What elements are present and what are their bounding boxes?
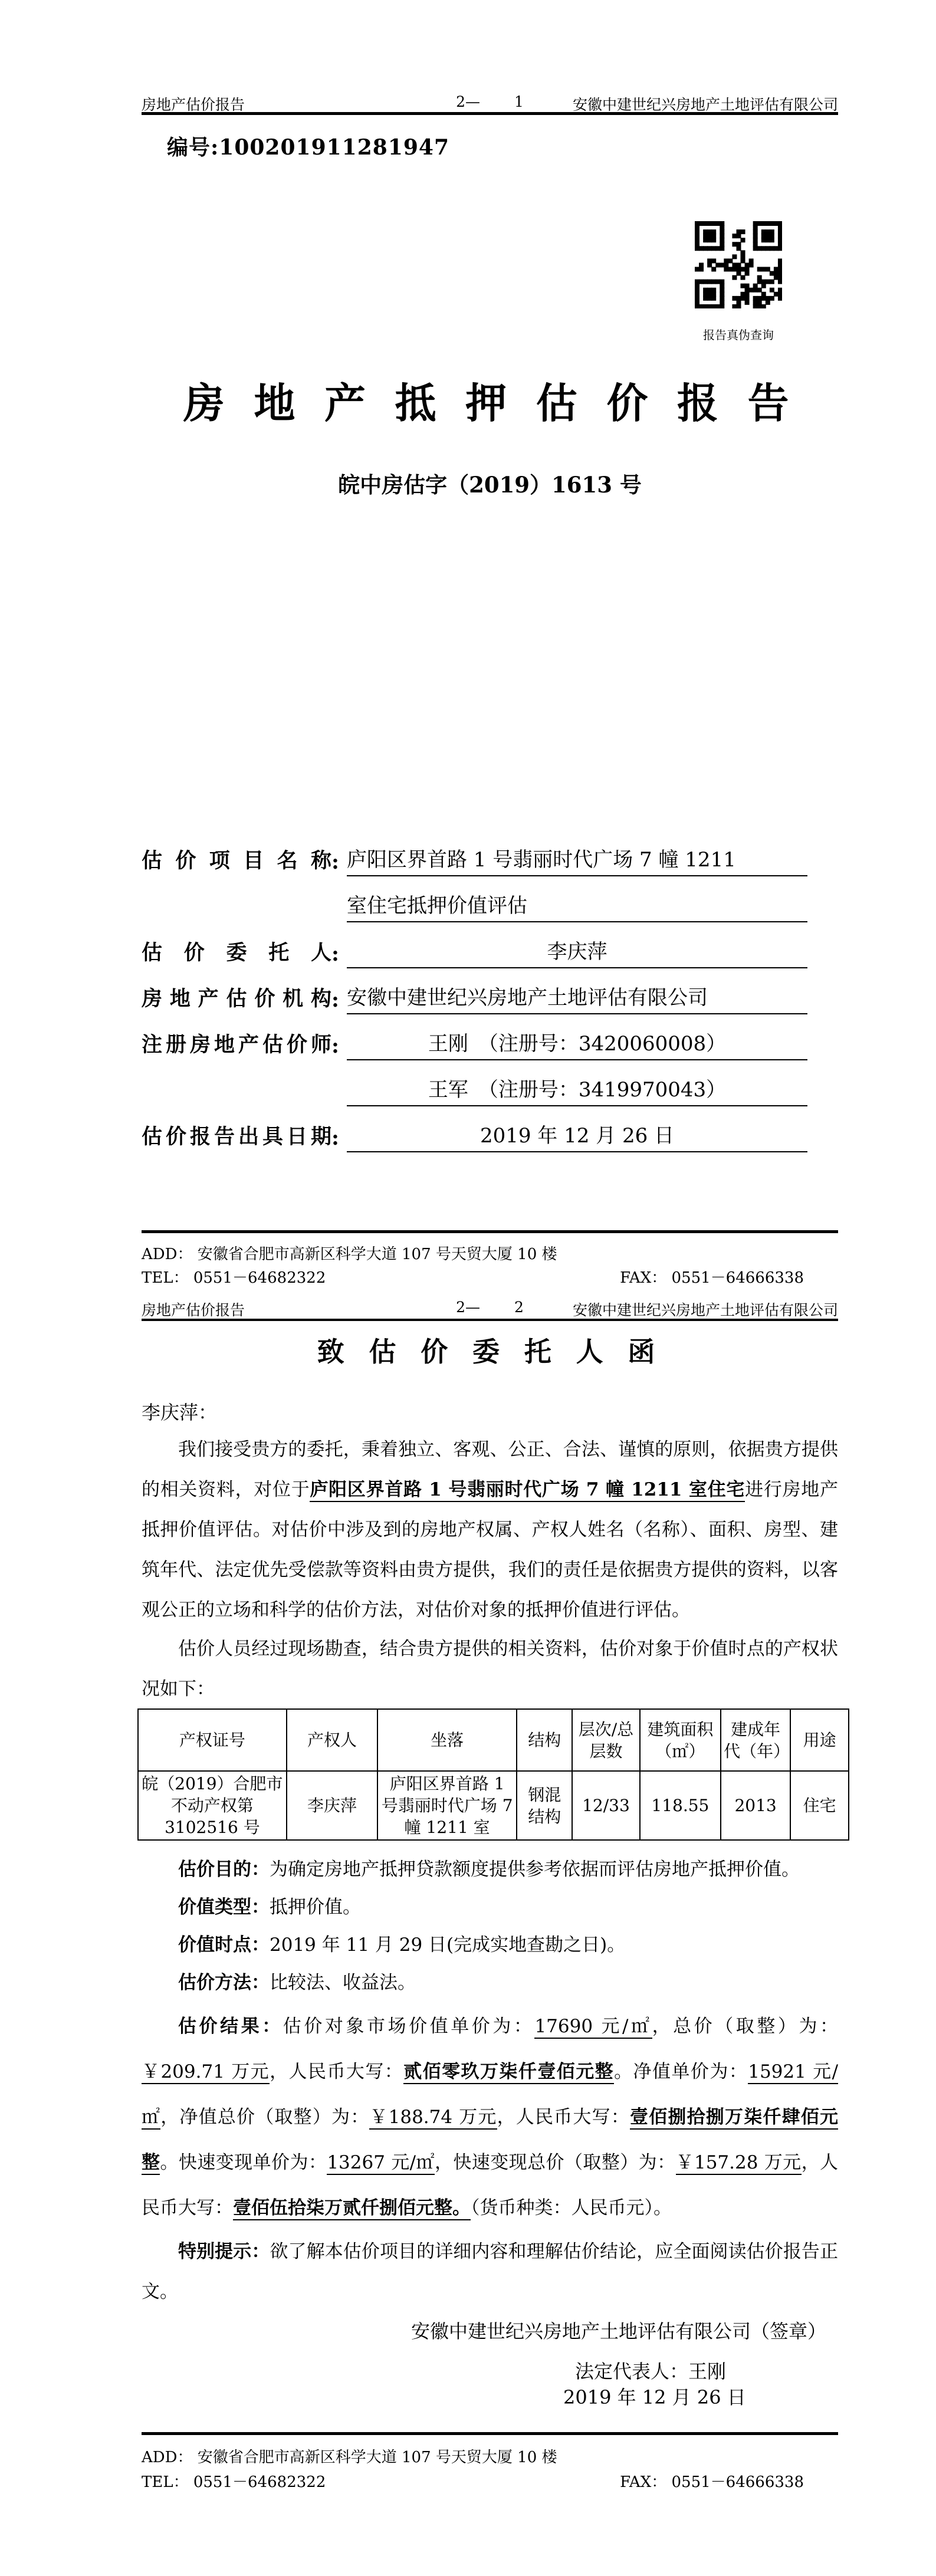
letter-paragraph-2: 估价人员经过现场勘查，结合贵方提供的相关资料，估价对象于价值时点的产权状况如下： [142, 1629, 838, 1709]
item-value-type: 价值类型：抵押价值。 [142, 1886, 838, 1924]
appraisal-subject-emphasis: 庐阳区界首路 1 号翡丽时代广场 7 幢 1211 室住宅 [310, 1479, 745, 1502]
doc-ref-number: 皖中房估字（2019）1613 号 [142, 467, 838, 499]
table-cell-location: 庐阳区界首路 1 号翡丽时代广场 7 幢 1211 室 [377, 1771, 517, 1840]
result-segment: 13267 元/㎡ [327, 2152, 435, 2175]
form-row-agency: 房地产估价机构 : 安徽中建世纪兴房地产土地评估有限公司 [142, 968, 838, 1014]
table-data-row: 皖（2019）合肥市不动产权第 3102516 号 李庆萍 庐阳区界首路 1 号… [138, 1771, 849, 1840]
page1-running-header: 房地产估价报告 2— 1 安徽中建世纪兴房地产土地评估有限公司 [142, 93, 838, 114]
header-page-number: 2 [514, 1299, 524, 1316]
footer-tel: TEL： 0551－64682322 [142, 1266, 326, 1287]
item-label: 估价方法： [178, 1972, 270, 1993]
form-row-client: 估价委托人 : 李庆萍 [142, 922, 838, 968]
form-row-appraiser-1: 注册房地产估价师 : 王刚 （注册号：3420060008） [142, 1014, 838, 1060]
footer-address: ADD： 安徽省合肥市高新区科学大道 107 号天贸大厦 10 楼 [142, 1242, 838, 1264]
form-colon: : [331, 988, 347, 1014]
table-cell-floor: 12/33 [572, 1771, 639, 1840]
notice-label: 特别提示： [178, 2241, 270, 2262]
qr-code [695, 221, 782, 308]
footer-rule [142, 2432, 838, 2435]
form-colon [331, 920, 347, 922]
result-segment: 。净值单价为： [614, 2061, 748, 2082]
item-method: 估价方法：比较法、收益法。 [142, 1961, 838, 1999]
header-doc-type: 房地产估价报告 [142, 1299, 245, 1320]
form-colon: : [331, 1034, 347, 1060]
table-cell-owner: 李庆萍 [287, 1771, 377, 1840]
result-segment: 估价对象市场价值单价为： [283, 2016, 535, 2037]
result-segment: ，快速变现总价（取整）为： [435, 2152, 676, 2173]
form-colon: : [331, 1126, 347, 1152]
table-header-cell: 产权人 [287, 1709, 377, 1771]
form-colon [331, 1104, 347, 1106]
header-page-number: 1 [514, 93, 524, 110]
letter-title: 致 估 价 委 托 人 函 [142, 1330, 838, 1369]
form-colon: : [331, 850, 347, 876]
form-value: 王军 （注册号：3419970043） [347, 1073, 807, 1106]
item-text: 比较法、收益法。 [270, 1972, 416, 1993]
form-row-project-name: 估价项目名称 : 庐阳区界首路 1 号翡丽时代广场 7 幢 1211 [142, 830, 838, 876]
form-value: 室住宅抵押价值评估 [347, 889, 807, 922]
header-company: 安徽中建世纪兴房地产土地评估有限公司 [573, 1299, 838, 1320]
table-header-cell: 产权证号 [138, 1709, 287, 1771]
header-page-prefix: 2— [456, 93, 480, 110]
table-cell-use: 住宅 [790, 1771, 849, 1840]
result-segment: 17690 元/㎡ [534, 2016, 652, 2039]
form-row-issue-date: 估价报告出具日期 : 2019 年 12 月 26 日 [142, 1106, 838, 1152]
result-segment: ，净值总价（取整）为： [160, 2107, 369, 2128]
page2-running-header: 房地产估价报告 2— 2 安徽中建世纪兴房地产土地评估有限公司 [142, 1299, 838, 1320]
footer-contact: TEL： 0551－64682322 FAX： 0551－64666338 [142, 2470, 838, 2492]
form-label: 估价项目名称 [142, 845, 331, 876]
footer-contact: TEL： 0551－64682322 FAX： 0551－64666338 [142, 1266, 838, 1287]
item-text: 为确定房地产抵押贷款额度提供参考依据而评估房地产抵押价值。 [270, 1859, 800, 1880]
form-row-appraiser-2: 王军 （注册号：3419970043） [142, 1060, 838, 1106]
table-cell-year: 2013 [721, 1771, 790, 1840]
table-header-cell: 结构 [517, 1709, 572, 1771]
property-rights-table: 产权证号 产权人 坐落 结构 层次/总层数 建筑面积（㎡） 建成年代（年） 用途… [137, 1708, 849, 1841]
result-segment: ￥188.74 万元 [369, 2107, 497, 2130]
result-segments: 估价对象市场价值单价为：17690 元/㎡，总价（取整）为：￥209.71 万元… [142, 2016, 838, 2220]
main-title: 房 地 产 抵 押 估 价 报 告 [120, 370, 860, 430]
result-paragraph: 估价结果：估价对象市场价值单价为：17690 元/㎡，总价（取整）为：￥209.… [142, 2004, 838, 2231]
form-value: 2019 年 12 月 26 日 [347, 1119, 807, 1152]
footer-fax: FAX： 0551－64666338 [620, 2470, 804, 2492]
report-number: 编号:100201911281947 [167, 131, 449, 161]
cover-form: 估价项目名称 : 庐阳区界首路 1 号翡丽时代广场 7 幢 1211 室住宅抵押… [142, 830, 838, 1152]
page-2-letter: 房地产估价报告 2— 2 安徽中建世纪兴房地产土地评估有限公司 致 估 价 委 … [0, 1288, 936, 2576]
header-page-prefix: 2— [456, 1299, 480, 1316]
table-cell-area: 118.55 [640, 1771, 721, 1840]
result-segment: ，总价（取整）为： [652, 2016, 838, 2037]
form-label: 注册房地产估价师 [142, 1029, 331, 1060]
signature-representative: 法定代表人：王刚 [575, 2357, 726, 2384]
table-header-cell: 建成年代（年） [721, 1709, 790, 1771]
table-header-cell: 建筑面积（㎡） [640, 1709, 721, 1771]
result-segment: 壹佰伍拾柒万贰仟捌佰元整。 [233, 2197, 471, 2220]
table-header-cell: 坐落 [377, 1709, 517, 1771]
letter-paragraph-1: 我们接受贵方的委托，秉着独立、客观、公正、合法、谨慎的原则，依据贵方提供的相关资… [142, 1430, 838, 1630]
result-segment: 。快速变现单价为： [160, 2152, 327, 2173]
form-label: 估价报告出具日期 [142, 1121, 331, 1152]
item-label: 价值时点： [178, 1934, 270, 1956]
result-segment: 贰佰零玖万柒仟壹佰元整 [403, 2061, 614, 2084]
footer-fax: FAX： 0551－64666338 [620, 1266, 804, 1287]
form-value: 李庆萍 [347, 935, 807, 968]
item-label: 估价目的： [178, 1859, 270, 1880]
item-label: 价值类型： [178, 1897, 270, 1918]
header-rule [142, 112, 838, 115]
item-value-date: 价值时点：2019 年 11 月 29 日(完成实地查勘之日)。 [142, 1924, 838, 1961]
result-segment: ，人民币大写： [497, 2107, 630, 2128]
footer-tel: TEL： 0551－64682322 [142, 2470, 326, 2492]
item-text: 2019 年 11 月 29 日(完成实地查勘之日)。 [270, 1934, 625, 1956]
header-company: 安徽中建世纪兴房地产土地评估有限公司 [573, 93, 838, 114]
notice-paragraph: 特别提示：欲了解本估价项目的详细内容和理解估价结论，应全面阅读估价报告正文。 [142, 2232, 838, 2312]
table-cell-structure: 钢混结构 [517, 1771, 572, 1840]
appraisal-report-document: 房地产估价报告 2— 1 安徽中建世纪兴房地产土地评估有限公司 编号:10020… [0, 0, 936, 2576]
form-row-project-name-cont: 室住宅抵押价值评估 [142, 876, 838, 922]
footer-rule [142, 1230, 838, 1233]
page-1-cover: 房地产估价报告 2— 1 安徽中建世纪兴房地产土地评估有限公司 编号:10020… [0, 0, 936, 1288]
form-label: 估价委托人 [142, 937, 331, 968]
form-colon: : [331, 942, 347, 968]
form-value: 王刚 （注册号：3420060008） [347, 1027, 807, 1060]
header-rule [142, 1319, 838, 1321]
item-text: 抵押价值。 [270, 1897, 361, 1918]
table-header-cell: 用途 [790, 1709, 849, 1771]
table-cell-cert-no: 皖（2019）合肥市不动产权第 3102516 号 [138, 1771, 287, 1840]
result-segment: （货币种类：人民币元）。 [471, 2197, 672, 2219]
footer-address: ADD： 安徽省合肥市高新区科学大道 107 号天贸大厦 10 楼 [142, 2445, 838, 2467]
signature-company: 安徽中建世纪兴房地产土地评估有限公司（签章） [142, 2317, 838, 2344]
signature-date: 2019 年 12 月 26 日 [563, 2383, 746, 2410]
item-purpose: 估价目的：为确定房地产抵押贷款额度提供参考依据而评估房地产抵押价值。 [142, 1848, 838, 1886]
appraisal-item-list: 估价目的：为确定房地产抵押贷款额度提供参考依据而评估房地产抵押价值。 价值类型：… [142, 1848, 838, 1999]
form-label [142, 920, 331, 922]
header-page-number-group: 2— 2 [456, 1299, 524, 1316]
form-label [142, 1104, 331, 1106]
result-segment: ￥209.71 万元 [142, 2061, 270, 2084]
header-page-number-group: 2— 1 [456, 93, 524, 110]
salutation: 李庆萍： [142, 1398, 217, 1425]
result-segment: ，人民币大写： [270, 2061, 403, 2082]
form-value: 庐阳区界首路 1 号翡丽时代广场 7 幢 1211 [347, 843, 807, 876]
table-header-row: 产权证号 产权人 坐落 结构 层次/总层数 建筑面积（㎡） 建成年代（年） 用途 [138, 1709, 849, 1771]
table-header-cell: 层次/总层数 [572, 1709, 639, 1771]
result-segment: ￥157.28 万元 [676, 2152, 802, 2175]
qr-caption: 报告真伪查询 [690, 326, 787, 343]
result-label: 估价结果： [178, 2016, 283, 2037]
header-doc-type: 房地产估价报告 [142, 93, 245, 114]
form-label: 房地产估价机构 [142, 983, 331, 1014]
form-value: 安徽中建世纪兴房地产土地评估有限公司 [347, 981, 807, 1014]
